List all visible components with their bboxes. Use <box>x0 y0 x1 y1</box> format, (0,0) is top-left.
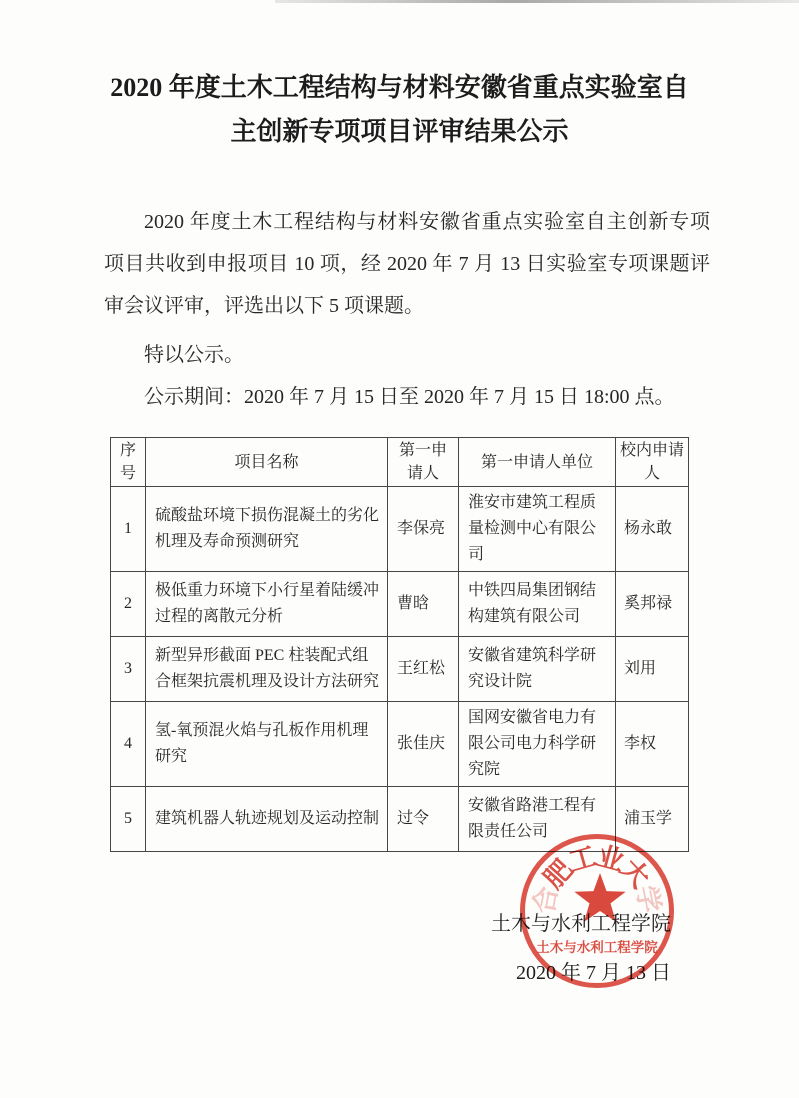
header-internal-applicant: 校内申请人 <box>616 438 689 487</box>
header-first-applicant: 第一申请人 <box>388 438 459 487</box>
cell-internal-applicant: 奚邦禄 <box>616 572 689 637</box>
paragraph-2: 特以公示。 <box>104 334 710 376</box>
table-row: 2 极低重力环境下小行星着陆缓冲过程的离散元分析 曹晗 中铁四局集团钢结构建筑有… <box>111 572 689 637</box>
results-table-container: 序号 项目名称 第一申请人 第一申请人单位 校内申请人 1 硫酸盐环境下损伤混凝… <box>110 437 689 852</box>
cell-internal-applicant: 杨永敢 <box>616 487 689 572</box>
page-title: 2020 年度土木工程结构与材料安徽省重点实验室自 主创新专项项目评审结果公示 <box>0 66 799 154</box>
cell-first-applicant-unit: 中铁四局集团钢结构建筑有限公司 <box>459 572 616 637</box>
signature-date: 2020 年 7 月 13 日 <box>516 960 671 986</box>
cell-internal-applicant: 刘用 <box>616 637 689 702</box>
cell-first-applicant: 曹晗 <box>388 572 459 637</box>
cell-serial: 4 <box>111 702 146 787</box>
page-title-line-1: 2020 年度土木工程结构与材料安徽省重点实验室自 <box>0 66 799 110</box>
cell-serial: 2 <box>111 572 146 637</box>
cell-first-applicant: 王红松 <box>388 637 459 702</box>
cell-project-name: 硫酸盐环境下损伤混凝土的劣化机理及寿命预测研究 <box>146 487 388 572</box>
table-row: 3 新型异形截面 PEC 柱装配式组合框架抗震机理及设计方法研究 王红松 安徽省… <box>111 637 689 702</box>
table-row: 1 硫酸盐环境下损伤混凝土的劣化机理及寿命预测研究 李保亮 淮安市建筑工程质量检… <box>111 487 689 572</box>
paragraph-1-line-3: 审会议评审，评选出以下 5 项课题。 <box>104 285 710 327</box>
signature-department: 土木与水利工程学院 <box>491 911 671 937</box>
scanned-announcement-page: { "document": { "title_lines": [ "2020 年… <box>0 0 799 1098</box>
paragraph-1-line-1: 2020 年度土木工程结构与材料安徽省重点实验室自主创新专项 <box>104 201 710 243</box>
cell-project-name: 极低重力环境下小行星着陆缓冲过程的离散元分析 <box>146 572 388 637</box>
table-row: 4 氢-氧预混火焰与孔板作用机理研究 张佳庆 国网安徽省电力有限公司电力科学研究… <box>111 702 689 787</box>
cell-first-applicant-unit: 淮安市建筑工程质量检测中心有限公司 <box>459 487 616 572</box>
cell-project-name: 新型异形截面 PEC 柱装配式组合框架抗震机理及设计方法研究 <box>146 637 388 702</box>
paragraph-3-publicity-period: 公示期间：2020 年 7 月 15 日至 2020 年 7 月 15 日 18… <box>104 376 710 418</box>
cell-serial: 1 <box>111 487 146 572</box>
cell-project-name: 建筑机器人轨迹规划及运动控制 <box>146 787 388 852</box>
cell-first-applicant: 过令 <box>388 787 459 852</box>
cell-internal-applicant: 李权 <box>616 702 689 787</box>
header-project-name: 项目名称 <box>146 438 388 487</box>
body-text: 2020 年度土木工程结构与材料安徽省重点实验室自主创新专项 项目共收到申报项目… <box>104 201 710 418</box>
table-header-row: 序号 项目名称 第一申请人 第一申请人单位 校内申请人 <box>111 438 689 487</box>
cell-first-applicant: 张佳庆 <box>388 702 459 787</box>
paragraph-1-line-2: 项目共收到申报项目 10 项，经 2020 年 7 月 13 日实验室专项课题评 <box>104 243 710 285</box>
cell-serial: 3 <box>111 637 146 702</box>
cell-first-applicant-unit: 国网安徽省电力有限公司电力科学研究院 <box>459 702 616 787</box>
cell-project-name: 氢-氧预混火焰与孔板作用机理研究 <box>146 702 388 787</box>
cell-serial: 5 <box>111 787 146 852</box>
seal-inner-text: 土木与水利工程学院 <box>536 939 658 955</box>
header-first-applicant-unit: 第一申请人单位 <box>459 438 616 487</box>
cell-first-applicant-unit: 安徽省建筑科学研究设计院 <box>459 637 616 702</box>
cell-first-applicant: 李保亮 <box>388 487 459 572</box>
scan-artifact-top-edge <box>275 0 799 3</box>
header-serial-number: 序号 <box>111 438 146 487</box>
page-title-line-2: 主创新专项项目评审结果公示 <box>0 110 799 154</box>
results-table: 序号 项目名称 第一申请人 第一申请人单位 校内申请人 1 硫酸盐环境下损伤混凝… <box>110 437 689 852</box>
